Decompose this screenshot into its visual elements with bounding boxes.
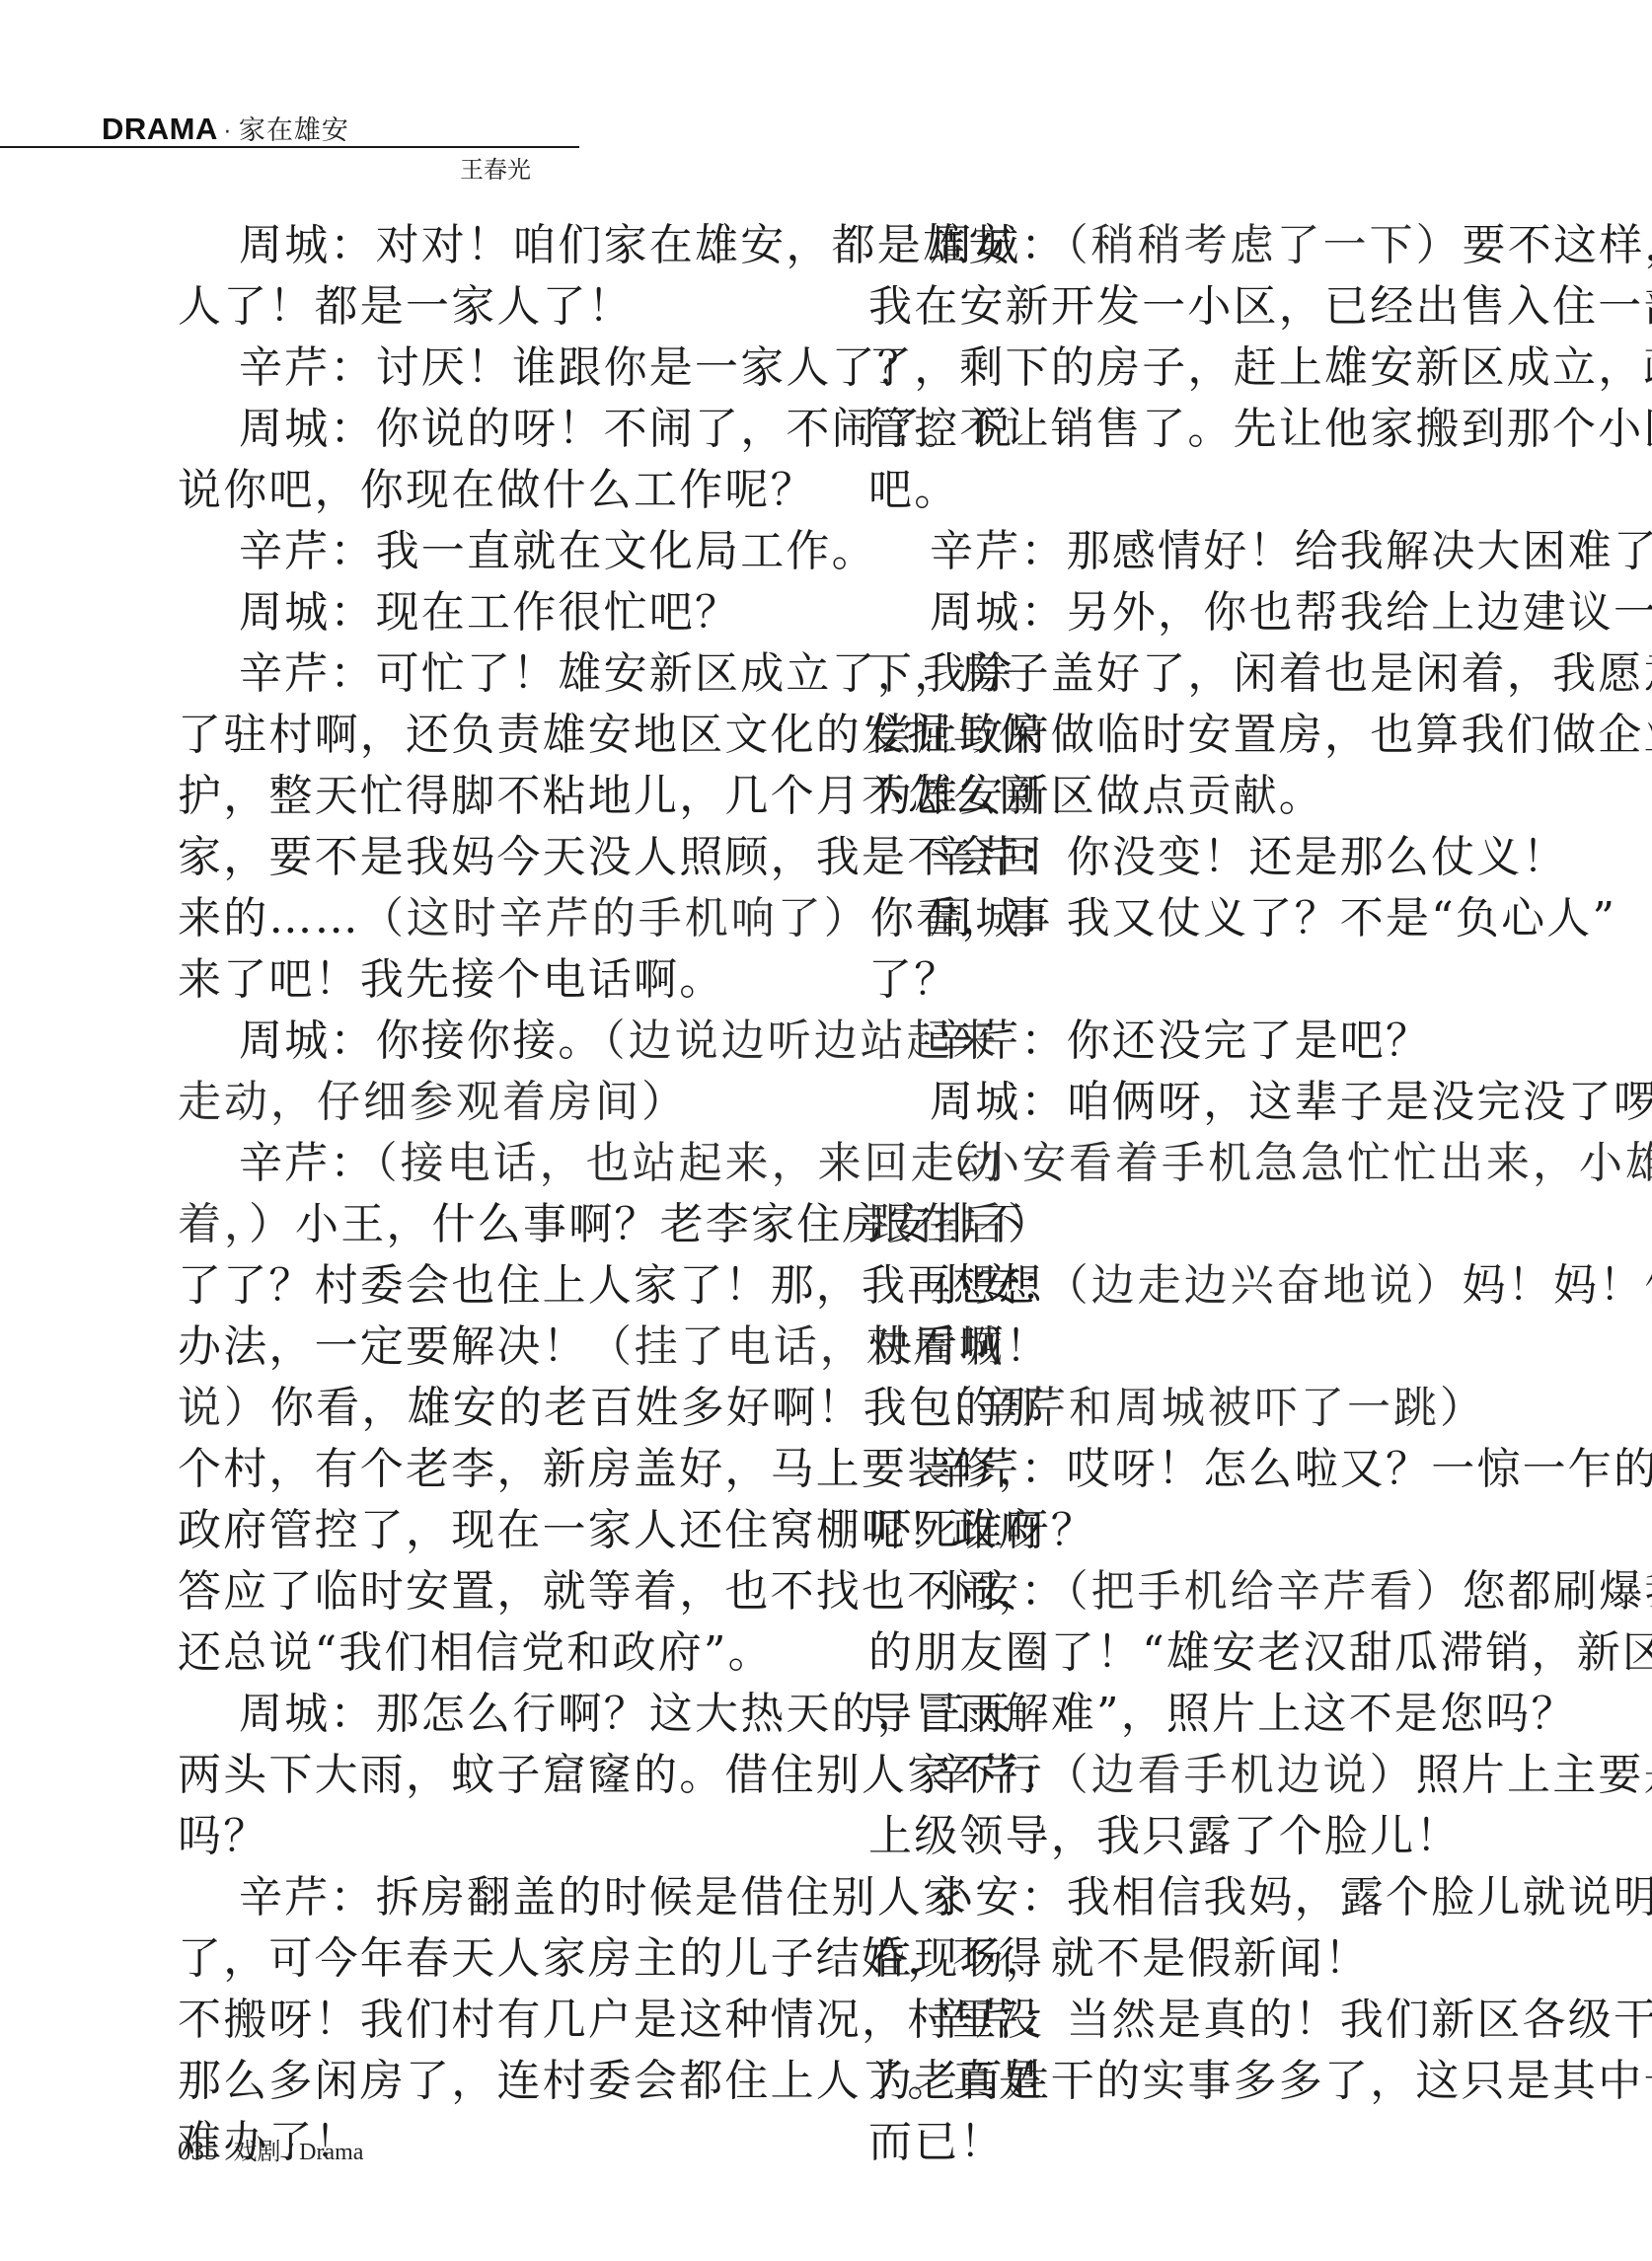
text-line: 来了吧！我先接个电话啊。 (178, 949, 819, 1011)
author-name: 王春光 (460, 150, 531, 185)
section-label: DRAMA (102, 112, 218, 147)
text-line: 护，整天忙得脚不粘地儿，几个月不怎么回 (178, 766, 819, 827)
dialogue-text: 辛芹： (239, 1138, 376, 1188)
text-line: 了驻村啊，还负责雄安地区文化的发掘与保 (178, 705, 819, 766)
text-line: 还总说“我们相信党和政府”。 (178, 1622, 819, 1684)
text-line: 为老百姓干的实事多多了，这只是其中一件 (868, 2051, 1510, 2112)
dialogue-text: 辛芹：你没变！还是那么仗义！ (930, 832, 1568, 882)
text-line: 周城：对对！咱们家在雄安，都是雄安 (178, 215, 819, 276)
magazine-name: 戏剧 / Drama (234, 2140, 364, 2165)
text-line: 走动，仔细参观着房间） (178, 1072, 819, 1133)
header-divider (0, 146, 579, 148)
text-line: 周城：我又仗义了？不是“负心人” (868, 888, 1510, 949)
dialogue-text: 辛芹：当然是真的！我们新区各级干部 (930, 1995, 1652, 2045)
section-header: DRAMA · 家在雄安 (102, 109, 349, 148)
dialogue-text: 上级领导，我只露了个脸儿！ (868, 1811, 1462, 1861)
dialogue-text: 吧。 (868, 465, 959, 515)
text-line: 周城：你接你接。（边说边听边站起来 (178, 1011, 819, 1072)
text-line: 快看啊！ (868, 1317, 1510, 1378)
dialogue-text: 偿让政府做临时安置房，也算我们做企业的 (868, 710, 1652, 760)
text-line: 不搬呀！我们村有几户是这种情况，村里没 (178, 1990, 819, 2051)
stage-direction: （边走边兴奋地说） (1067, 1260, 1463, 1311)
text-line: 辛芹：我一直就在文化局工作。 (178, 521, 819, 582)
dialogue-text: 辛芹：拆房翻盖的时候是借住别人家 (239, 1872, 968, 1922)
text-line: （辛芹和周城被吓了一跳） (868, 1378, 1510, 1439)
text-line: 的朋友圈了！“雄安老汉甜瓜滞销，新区领 (868, 1622, 1510, 1684)
text-line: 小安：我相信我妈，露个脸儿就说明你 (868, 1867, 1510, 1928)
dialogue-text: 吓死谁呀？ (868, 1505, 1096, 1555)
text-line: 辛芹：拆房翻盖的时候是借住别人家 (178, 1867, 819, 1928)
text-line: 周城：（稍稍考虑了一下）要不这样， (868, 215, 1510, 276)
dialogue-text: 周城：咱俩呀，这辈子是没完没了啰！ (930, 1077, 1652, 1127)
dialogue-text: 周城：现在工作很忙吧？ (239, 587, 740, 638)
dialogue-text: 在现场，就不是假新闻！ (868, 1933, 1370, 1984)
text-line: 说你吧，你现在做什么工作呢？ (178, 460, 819, 521)
text-line: 吧。 (868, 460, 1510, 521)
dialogue-text: 周城：另外，你也帮我给上边建议一 (930, 587, 1652, 638)
text-line: 上级领导，我只露了个脸儿！ (868, 1806, 1510, 1867)
text-line: 跟在后） (868, 1194, 1510, 1255)
text-line: 周城：现在工作很忙吧？ (178, 582, 819, 643)
dialogue-text: 下，房子盖好了，闲着也是闲着，我愿意无 (868, 648, 1652, 699)
text-column-right: 周城：（稍稍考虑了一下）要不这样，我在安新开发一小区，已经出售入住一部分了，剩下… (868, 215, 1510, 2173)
dialogue-text: 来了吧！我先接个电话啊。 (178, 954, 724, 1005)
text-line: 导冒雨解难”，照片上这不是您吗？ (868, 1684, 1510, 1745)
text-line: 答应了临时安置，就等着，也不找也不闹， (178, 1561, 819, 1622)
dialogue-text: 周城：我又仗义了？不是“负心人” (930, 893, 1616, 943)
page-footer: 035 戏剧 / Drama (178, 2132, 363, 2166)
text-line: 在现场，就不是假新闻！ (868, 1928, 1510, 1990)
stage-direction: 走动，仔细参观着房间） (178, 1077, 688, 1127)
text-line: 周城：另外，你也帮我给上边建议一 (868, 582, 1510, 643)
dialogue-text: 辛芹：哎呀！怎么啦又？一惊一乍的， (930, 1444, 1652, 1494)
dialogue-text: 为老百姓干的实事多多了，这只是其中一件 (868, 2056, 1652, 2106)
dialogue-text: 了？ (868, 954, 959, 1005)
text-line: 家，要不是我妈今天没人照顾，我是不会回 (178, 827, 819, 888)
dialogue-text: 您都刷爆我 (1463, 1566, 1652, 1617)
article-title: 家在雄安 (239, 109, 349, 147)
text-line: 吓死谁呀？ (868, 1500, 1510, 1561)
text-line: 人了！都是一家人了！ (178, 276, 819, 338)
text-line: 下，房子盖好了，闲着也是闲着，我愿意无 (868, 643, 1510, 705)
dialogue-text: 周城： (930, 220, 1067, 270)
text-line: 辛芹：那感情好！给我解决大困难了！ (868, 521, 1510, 582)
stage-direction: （小安看着手机急急忙忙出来，小雄紧 (930, 1138, 1652, 1188)
dialogue-text: 周城：你接你接。 (239, 1016, 604, 1066)
text-line: 了，剩下的房子，赶上雄安新区成立，政府 (868, 338, 1510, 399)
dialogue-text: 的朋友圈了！“雄安老汉甜瓜滞销，新区领 (868, 1627, 1652, 1678)
text-line: 两头下大雨，蚊子窟窿的。借住别人家不行 (178, 1745, 819, 1806)
stage-direction: 说） (178, 1383, 270, 1433)
text-line: 辛芹：你还没完了是吧？ (868, 1011, 1510, 1072)
stage-direction: （边看手机边说） (1067, 1750, 1416, 1800)
text-line: 辛芹：哎呀！怎么啦又？一惊一乍的， (868, 1439, 1510, 1500)
dialogue-text: 了，剩下的房子，赶上雄安新区成立，政府 (868, 342, 1652, 393)
page-number: 035 (178, 2136, 218, 2165)
dialogue-text: 还总说“我们相信党和政府”。 (178, 1627, 774, 1678)
stage-direction: （这时辛芹的手机响了） (360, 893, 870, 943)
dialogue-text: 妈！妈！你 (1463, 1260, 1652, 1311)
text-line: 小安：（把手机给辛芹看）您都刷爆我 (868, 1561, 1510, 1622)
dialogue-text: 导冒雨解难”，照片上这不是您吗？ (868, 1689, 1577, 1739)
dialogue-text: 说你吧，你现在做什么工作呢？ (178, 465, 816, 515)
text-line: 辛芹：（接电话，也站起来，来回走动 (178, 1133, 819, 1194)
text-line: 了了？村委会也住上人家了！那，我再想想 (178, 1255, 819, 1317)
text-line: （小安看着手机急急忙忙出来，小雄紧 (868, 1133, 1510, 1194)
dialogue-text: 要不这样， (1463, 220, 1652, 270)
text-line: 辛芹：当然是真的！我们新区各级干部 (868, 1990, 1510, 2051)
dialogue-text: 为雄安新区做点贡献。 (868, 771, 1324, 821)
stage-direction: （把手机给辛芹看） (1067, 1566, 1463, 1617)
dialogue-text: 吗？ (178, 1811, 268, 1861)
dialogue-text: 而已！ (868, 2117, 1006, 2167)
text-line: 着，）小王，什么事啊？老李家住房安排不 (178, 1194, 819, 1255)
text-line: 办法，一定要解决！（挂了电话，对周城 (178, 1317, 819, 1378)
dialogue-text: 我在安新开发一小区，已经出售入住一部分 (868, 281, 1652, 332)
text-line: 管控不让销售了。先让他家搬到那个小区住 (868, 399, 1510, 460)
dialogue-text: 管控不让销售了。先让他家搬到那个小区住 (868, 404, 1652, 454)
dialogue-text: 小安： (930, 1566, 1067, 1617)
text-line: 那么多闲房了，连村委会都住上人了。真是 (178, 2051, 819, 2112)
dialogue-text: 人了！都是一家人了！ (178, 281, 634, 332)
text-line: 了？ (868, 949, 1510, 1011)
text-line: 为雄安新区做点贡献。 (868, 766, 1510, 827)
text-line: 来的……（这时辛芹的手机响了）你看，事 (178, 888, 819, 949)
text-line: 政府管控了，现在一家人还住窝棚呢！政府 (178, 1500, 819, 1561)
dialogue-text: 辛芹： (930, 1750, 1067, 1800)
dialogue-text: 辛芹：那感情好！给我解决大困难了！ (930, 526, 1652, 576)
stage-direction: 着，） (178, 1199, 295, 1249)
text-column-left: 周城：对对！咱们家在雄安，都是雄安人了！都是一家人了！辛芹：讨厌！谁跟你是一家人… (178, 215, 819, 2173)
dialogue-text: 办法，一定要解决！ (178, 1321, 588, 1372)
separator-dot: · (224, 120, 231, 145)
text-line: 辛芹：（边看手机边说）照片上主要是 (868, 1745, 1510, 1806)
text-line: 小安：（边走边兴奋地说）妈！妈！你 (868, 1255, 1510, 1317)
dialogue-text: 辛芹：你还没完了是吧？ (930, 1016, 1431, 1066)
dialogue-text: 小安： (930, 1260, 1067, 1311)
text-line: 辛芹：讨厌！谁跟你是一家人了？ (178, 338, 819, 399)
text-line: 辛芹：可忙了！雄安新区成立了，我除 (178, 643, 819, 705)
text-line: 偿让政府做临时安置房，也算我们做企业的 (868, 705, 1510, 766)
text-line: 周城：咱俩呀，这辈子是没完没了啰！ (868, 1072, 1510, 1133)
text-line: 吗？ (178, 1806, 819, 1867)
text-line: 说）你看，雄安的老百姓多好啊！我包的那 (178, 1378, 819, 1439)
dialogue-text: 辛芹：讨厌！谁跟你是一家人了？ (239, 342, 923, 393)
text-line: 周城：那怎么行啊？这大热天的，三天 (178, 1684, 819, 1745)
text-line: 我在安新开发一小区，已经出售入住一部分 (868, 276, 1510, 338)
dialogue-text: 小安：我相信我妈，露个脸儿就说明你 (930, 1872, 1652, 1922)
dialogue-text: 来的…… (178, 893, 360, 943)
stage-direction: （辛芹和周城被吓了一跳） (930, 1383, 1486, 1433)
text-line: 辛芹：你没变！还是那么仗义！ (868, 827, 1510, 888)
text-line: 了，可今年春天人家房主的儿子结婚，不得 (178, 1928, 819, 1990)
text-line: 周城：你说的呀！不闹了，不闹了。说 (178, 399, 819, 460)
text-line: 个村，有个老李，新房盖好，马上要装修， (178, 1439, 819, 1500)
dialogue-text: 快看啊！ (868, 1321, 1051, 1372)
text-line: 而已！ (868, 2112, 1510, 2173)
dialogue-text: 照片上主要是 (1416, 1750, 1652, 1800)
stage-direction: （稍稍考虑了一下） (1067, 220, 1463, 270)
stage-direction: 跟在后） (868, 1199, 1054, 1249)
dialogue-text: 辛芹：我一直就在文化局工作。 (239, 526, 877, 576)
